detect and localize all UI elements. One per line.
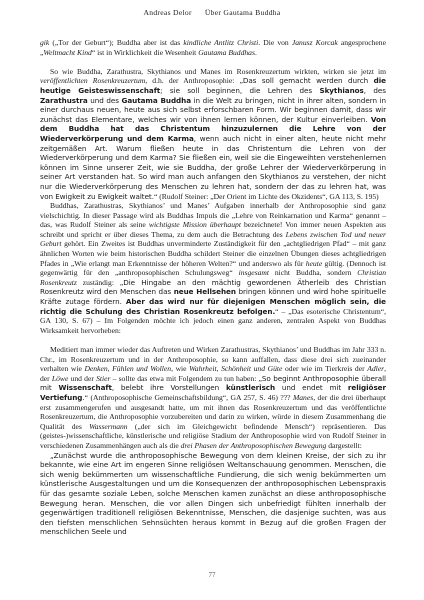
- text-run: Wissenschaft: [58, 383, 111, 392]
- text-run: ; sie soll beginnen, die Lehren des: [160, 86, 319, 95]
- text-run: Adler: [367, 364, 384, 373]
- text-run: heute: [306, 259, 322, 268]
- text-run: , d.h. der Anthroposophie: „: [145, 76, 243, 85]
- text-run: “ ist in Wirklichkeit die Wesenheit: [92, 48, 198, 57]
- text-run: Das soll gemacht werden durch: [243, 76, 374, 85]
- document-page: Andreas Delor Über Gautama Buddha gik („…: [0, 0, 424, 600]
- text-run: wichtigste Mission überhaupt: [149, 220, 241, 229]
- paragraph: So wie Buddha, Zarathustra, Skythianos u…: [40, 67, 386, 201]
- text-run: Denken, Fühlen und Wollen: [84, 364, 171, 373]
- header-author: Andreas Delor: [143, 8, 191, 17]
- text-run: nicht Buddha, sondern: [269, 268, 357, 277]
- text-run: , belebt ihre Vorstellungen: [112, 383, 226, 392]
- page-number: 77: [209, 571, 216, 579]
- text-run: . Die von: [258, 38, 292, 47]
- text-run: , wie: [171, 364, 189, 373]
- text-run: Wassermann: [89, 422, 128, 431]
- text-run: “ (Rudolf Steiner: „Der Orient im Lichte…: [154, 192, 379, 201]
- text-run: Manes: [293, 393, 313, 402]
- text-run: Gautama Buddhas: [198, 48, 255, 57]
- text-run: Gautama Buddha: [122, 96, 192, 105]
- text-run: dargestellt:: [326, 441, 362, 450]
- text-run: Weltmacht Kind: [43, 48, 91, 57]
- paragraph: „Zunächst wurde die anthroposophische Be…: [40, 451, 386, 537]
- text-run: („Tor der Geburt“); Buddha aber ist das: [49, 38, 183, 47]
- text-run: , des: [364, 86, 386, 95]
- text-run: gik: [40, 38, 49, 47]
- text-run: „Zunächst wurde die anthroposophische Be…: [40, 451, 386, 537]
- text-body: gik („Tor der Geburt“); Buddha aber ist …: [40, 38, 386, 537]
- text-run: oder wie im Tierkreis der: [282, 364, 367, 373]
- text-run: Stier: [96, 374, 110, 383]
- text-run: zuständig: „: [77, 278, 123, 287]
- text-run: und der: [68, 374, 96, 383]
- text-run: So wie Buddha, Zarathustra, Skythianos u…: [50, 67, 386, 76]
- text-run: Wahrheit, Schönheit und Güte: [189, 364, 282, 373]
- text-run: Löwe: [52, 374, 68, 383]
- text-run: und endet mit: [275, 383, 348, 392]
- text-run: “ (Anthroposophische Gemeinschaftsbildun…: [85, 393, 293, 402]
- text-run: künstlerisch: [226, 383, 275, 392]
- text-run: veröffentlichten Rosenkreuzertum: [40, 76, 145, 85]
- paragraph: gik („Tor der Geburt“); Buddha aber ist …: [40, 38, 386, 57]
- paragraph: Meditiert man immer wieder das Auftreten…: [40, 345, 386, 451]
- text-run: insgesamt: [239, 268, 269, 277]
- text-run: Zarathustra: [40, 96, 88, 105]
- text-run: Skythianos: [319, 86, 363, 95]
- text-run: – sollte das etwa mit Folgendem zu tun h…: [110, 374, 261, 383]
- page-footer: 77: [0, 571, 424, 579]
- paragraph: Buddhas, Zarathustras, Skythianos’ und M…: [40, 201, 386, 335]
- text-run: neue Hellsehen: [174, 287, 236, 296]
- text-run: Janusz Korcak: [292, 38, 338, 47]
- text-run: und des: [88, 96, 122, 105]
- header-title: Über Gautama Buddha: [205, 8, 281, 17]
- page-header: Andreas Delor Über Gautama Buddha: [0, 8, 424, 17]
- text-run: .: [255, 48, 257, 57]
- text-run: drei Phasen der Anthroposophischen Beweg…: [181, 441, 327, 450]
- text-run: kindliche Antlitz Christi: [183, 38, 258, 47]
